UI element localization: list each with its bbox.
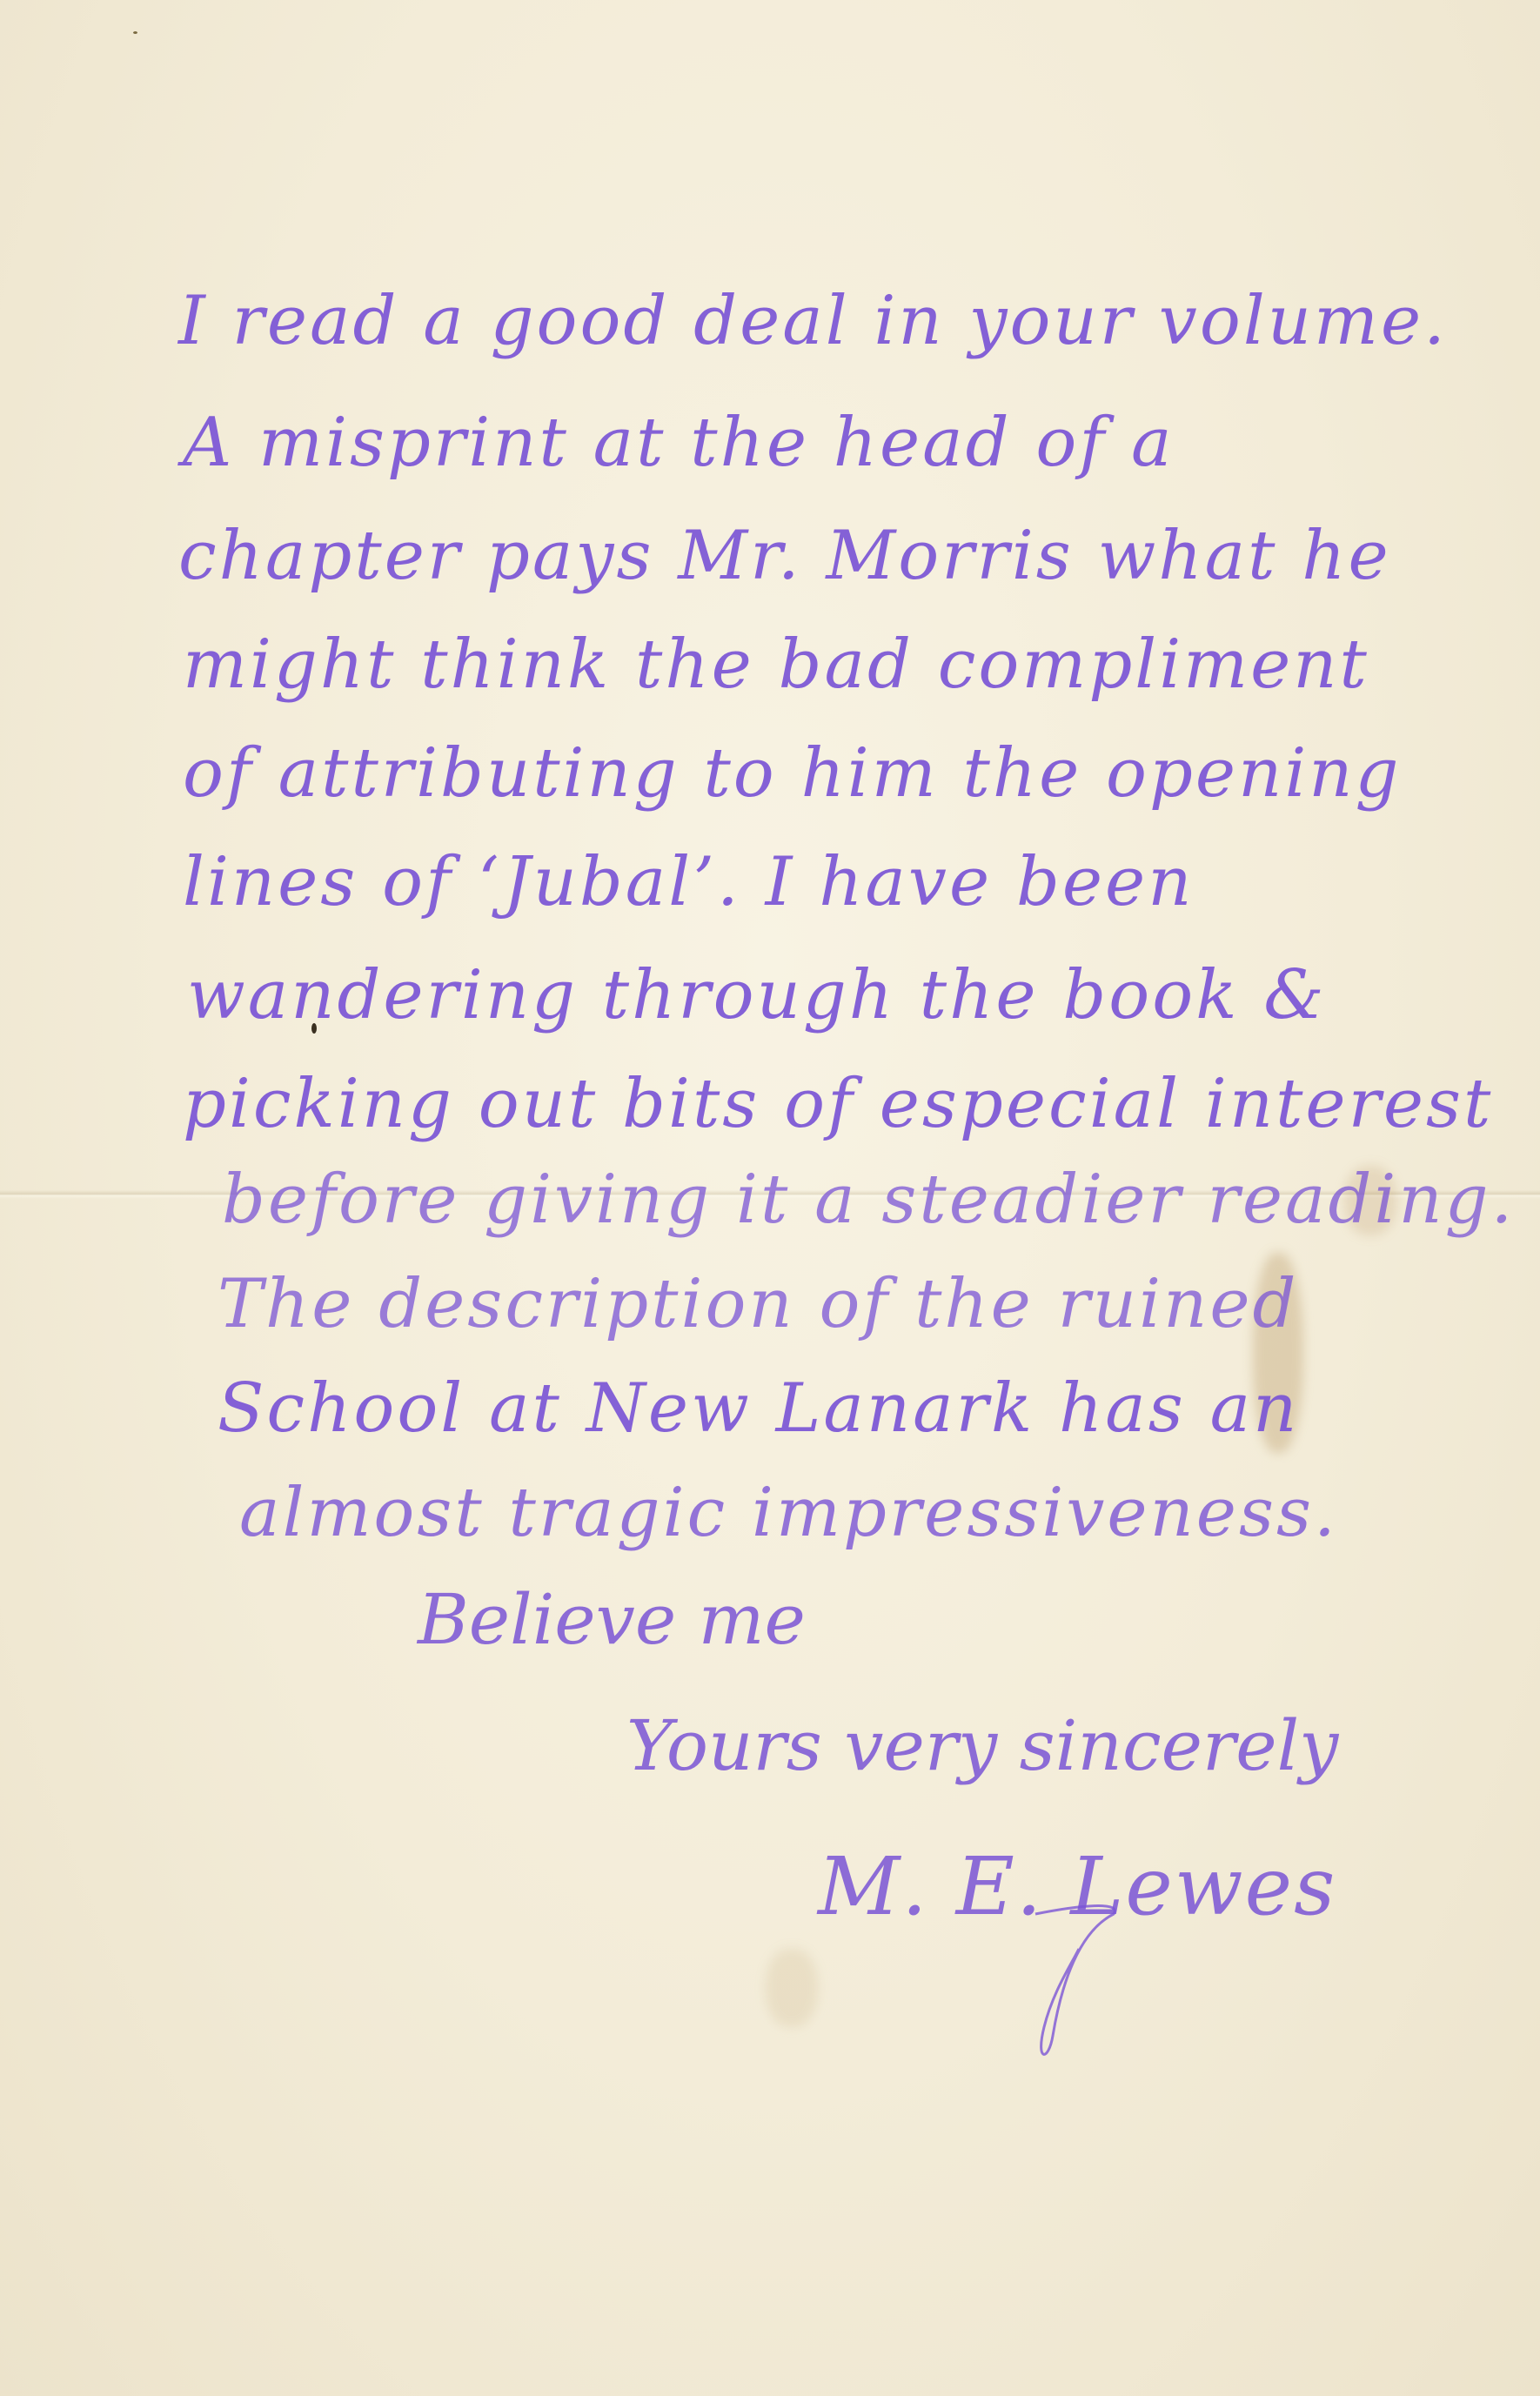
letter-line: chapter pays Mr. Morris what he [178, 522, 1391, 590]
letter-line: A misprint at the head of a [183, 409, 1175, 477]
letter-line: I read a good deal in your volume. [178, 287, 1448, 355]
letter-line: might think the bad compliment [183, 631, 1369, 699]
letter-line: The description of the ruined [218, 1270, 1298, 1338]
letter-line: before giving it a steadier reading. [222, 1166, 1515, 1234]
letter-line: almost tragic impressiveness. [239, 1479, 1338, 1547]
letter-line: lines of ‘Jubal’. I have been [183, 848, 1194, 916]
letter-valediction: Yours very sincerely [626, 1705, 1338, 1786]
letter-line: School at New Lanark has an [218, 1375, 1299, 1442]
letter-line: of attributing to him the opening [183, 740, 1401, 807]
letter-closing: Believe me [418, 1579, 806, 1660]
letter-line: wandering through the book & [187, 961, 1327, 1029]
letter-body: I read a good deal in your volume. A mis… [0, 0, 1540, 2396]
signature-flourish-icon [1027, 1897, 1131, 2071]
letter-line: picking out bits of especial interest [183, 1070, 1493, 1138]
